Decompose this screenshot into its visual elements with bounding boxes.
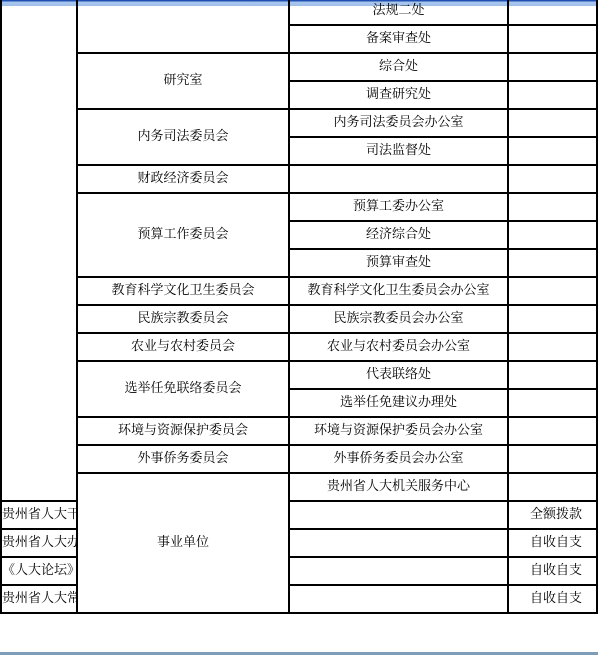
- table-row: 民族宗教委员会 民族宗教委员会办公室: [1, 305, 597, 333]
- funding-cell: [508, 417, 597, 445]
- office-cell: 内务司法委员会办公室: [289, 109, 508, 137]
- office-cell: 司法监督处: [289, 137, 508, 165]
- funding-cell: [508, 25, 597, 53]
- office-cell: 调查研究处: [289, 81, 508, 109]
- department-cell: 财政经济委员会: [77, 165, 289, 193]
- office-cell: [508, 473, 597, 501]
- funding-cell: [508, 165, 597, 193]
- department-cell: 选举任免联络委员会: [77, 361, 289, 417]
- organization-table: 法规二处 备案审查处 研究室 综合处 调查研究处 内务司法委员会 内务司法委员会…: [0, 0, 598, 614]
- table-row: 预算工作委员会 预算工委办公室: [1, 193, 597, 221]
- office-cell: [289, 557, 508, 585]
- office-cell: 预算审查处: [289, 249, 508, 277]
- department-cell: 内务司法委员会: [77, 109, 289, 165]
- table-row: 研究室 综合处: [1, 53, 597, 81]
- category-cell: 事业单位: [77, 473, 289, 613]
- department-cell: 外事侨务委员会: [77, 445, 289, 473]
- office-cell: [289, 501, 508, 529]
- funding-cell: [508, 389, 597, 417]
- funding-cell: 自收自支: [508, 557, 597, 585]
- funding-cell: [508, 249, 597, 277]
- department-cell: 研究室: [77, 53, 289, 109]
- funding-cell: [508, 0, 597, 25]
- funding-cell: [508, 445, 597, 473]
- funding-cell: [508, 221, 597, 249]
- office-cell: 环境与资源保护委员会办公室: [289, 417, 508, 445]
- office-cell: 综合处: [289, 53, 508, 81]
- funding-cell: [508, 53, 597, 81]
- department-cell: 预算工作委员会: [77, 193, 289, 277]
- category-cell: [1, 0, 77, 501]
- table-row: 教育科学文化卫生委员会 教育科学文化卫生委员会办公室: [1, 277, 597, 305]
- table-row: 内务司法委员会 内务司法委员会办公室: [1, 109, 597, 137]
- funding-cell: [508, 109, 597, 137]
- table-row: 农业与农村委员会 农业与农村委员会办公室: [1, 333, 597, 361]
- funding-cell: [508, 305, 597, 333]
- funding-cell: [508, 81, 597, 109]
- table-row: 外事侨务委员会 外事侨务委员会办公室: [1, 445, 597, 473]
- funding-cell: [508, 137, 597, 165]
- funding-cell: [508, 361, 597, 389]
- office-cell: 预算工委办公室: [289, 193, 508, 221]
- department-cell: 贵州省人大干部培训中心: [1, 501, 77, 529]
- department-cell: 环境与资源保护委员会: [77, 417, 289, 445]
- funding-cell: [508, 277, 597, 305]
- office-cell: 法规二处: [289, 0, 508, 25]
- department-cell: 贵州省人大机关服务中心: [289, 473, 508, 501]
- department-cell: 贵州省人大办公厅招待所: [1, 529, 77, 557]
- table-row: 环境与资源保护委员会 环境与资源保护委员会办公室: [1, 417, 597, 445]
- office-cell: 农业与农村委员会办公室: [289, 333, 508, 361]
- office-cell: 教育科学文化卫生委员会办公室: [289, 277, 508, 305]
- office-cell: 经济综合处: [289, 221, 508, 249]
- funding-cell: [508, 193, 597, 221]
- department-cell: 农业与农村委员会: [77, 333, 289, 361]
- table-row: 法规二处: [1, 0, 597, 25]
- department-cell: 贵州省人大常委会办公厅印刷所: [1, 585, 77, 613]
- department-cell: 《人大论坛》杂志社: [1, 557, 77, 585]
- department-cell: [77, 0, 289, 53]
- office-cell: 外事侨务委员会办公室: [289, 445, 508, 473]
- table-row: 选举任免联络委员会 代表联络处: [1, 361, 597, 389]
- funding-cell: 自收自支: [508, 529, 597, 557]
- office-cell: [289, 529, 508, 557]
- office-cell: 民族宗教委员会办公室: [289, 305, 508, 333]
- funding-cell: 全额拨款: [508, 501, 597, 529]
- funding-cell: 自收自支: [508, 585, 597, 613]
- office-cell: 选举任免建议办理处: [289, 389, 508, 417]
- office-cell: 备案审查处: [289, 25, 508, 53]
- office-cell: 代表联络处: [289, 361, 508, 389]
- office-cell: [289, 585, 508, 613]
- table-row: 事业单位 贵州省人大机关服务中心 全额拨款: [1, 473, 597, 501]
- department-cell: 民族宗教委员会: [77, 305, 289, 333]
- office-cell: [289, 165, 508, 193]
- table-row: 财政经济委员会: [1, 165, 597, 193]
- funding-cell: [508, 333, 597, 361]
- department-cell: 教育科学文化卫生委员会: [77, 277, 289, 305]
